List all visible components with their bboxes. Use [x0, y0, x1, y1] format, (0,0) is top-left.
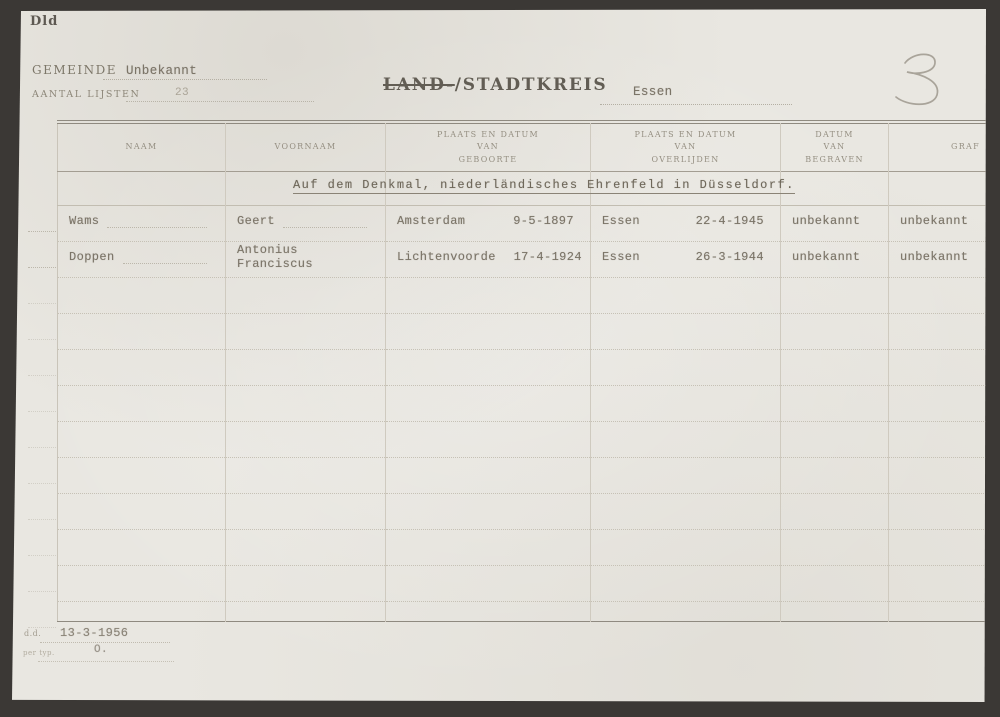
col-overlijden: PLAATS EN DATUM VAN OVERLIJDEN [591, 124, 781, 172]
empty-cell [386, 278, 591, 314]
graf-value: unbekannt [900, 250, 968, 264]
graf-value: unbekannt [900, 214, 968, 228]
empty-cell [58, 566, 226, 602]
empty-cell [58, 314, 226, 350]
table-row-doppen: Doppen Antonius Franciscus Lichtenvoorde… [58, 242, 987, 278]
empty-cell [889, 422, 987, 458]
margin-tick [28, 411, 56, 412]
footer-date-label: d.d. [24, 629, 41, 638]
col-graf: GRAF [889, 124, 987, 172]
empty-cell [889, 494, 987, 530]
grave-register-table: NAAM VOORNAAM PLAATS EN DATUM VAN GEBOOR… [57, 123, 986, 622]
empty-cell [781, 422, 889, 458]
empty-cell [889, 602, 987, 622]
table-body: Wams Geert Amsterdam9-5-1897 Essen22-4-1… [58, 206, 987, 622]
table-row-empty [58, 314, 987, 350]
empty-cell [386, 494, 591, 530]
empty-cell [58, 458, 226, 494]
aantal-lijsten-label: AANTAL LIJSTEN [32, 89, 140, 100]
table-row-empty [58, 350, 987, 386]
empty-cell [591, 422, 781, 458]
empty-cell [889, 350, 987, 386]
dotted-fill [123, 250, 207, 264]
empty-cell [591, 566, 781, 602]
footer-date-value: 13-3-1956 [60, 626, 128, 640]
header-row: NAAM VOORNAAM PLAATS EN DATUM VAN GEBOOR… [58, 124, 987, 172]
aantal-lijsten-underline [126, 84, 314, 102]
empty-cell [386, 458, 591, 494]
table-row-empty [58, 494, 987, 530]
empty-cell [58, 602, 226, 622]
scanned-document: Dld GEMEINDE Unbekannt AANTAL LIJSTEN 23… [0, 0, 1000, 717]
empty-cell [781, 350, 889, 386]
dotted-fill [107, 214, 207, 228]
geboorte-plaats: Amsterdam [397, 214, 465, 228]
empty-cell [781, 458, 889, 494]
empty-cell [226, 278, 386, 314]
empty-cell [386, 314, 591, 350]
empty-cell [386, 350, 591, 386]
overlijden-datum: 26-3-1944 [696, 250, 764, 264]
table-row-wams: Wams Geert Amsterdam9-5-1897 Essen22-4-1… [58, 206, 987, 242]
col-begraven: DATUM VAN BEGRAVEN [781, 124, 889, 172]
empty-cell [58, 278, 226, 314]
voornaam-cell: Geert [226, 206, 386, 242]
col-naam: NAAM [58, 124, 226, 172]
begraven-cell: unbekannt [781, 206, 889, 242]
naam-cell: Doppen [58, 242, 226, 278]
gemeinde-value: Unbekannt [126, 64, 197, 78]
aantal-lijsten-value: 23 [175, 87, 189, 99]
empty-cell [781, 566, 889, 602]
geboorte-cell: Amsterdam9-5-1897 [386, 206, 591, 242]
overlijden-plaats: Essen [602, 250, 640, 264]
empty-cell [591, 386, 781, 422]
begraven-datum: unbekannt [792, 250, 860, 264]
empty-cell [889, 314, 987, 350]
empty-cell [386, 566, 591, 602]
empty-cell [591, 494, 781, 530]
empty-cell [781, 386, 889, 422]
graf-cell: unbekannt [889, 242, 987, 278]
margin-tick [28, 483, 56, 484]
geboorte-datum: 9-5-1897 [513, 214, 574, 228]
margin-tick [28, 447, 56, 448]
margin-tick [28, 231, 56, 232]
empty-cell [781, 494, 889, 530]
empty-cell [226, 422, 386, 458]
empty-cell [591, 530, 781, 566]
empty-cell [781, 530, 889, 566]
empty-cell [226, 566, 386, 602]
table-row-empty [58, 386, 987, 422]
table-row-empty [58, 530, 987, 566]
empty-cell [591, 314, 781, 350]
col-voornaam: VOORNAAM [226, 124, 386, 172]
overlijden-datum: 22-4-1945 [696, 214, 764, 228]
geboorte-plaats: Lichtenvoorde [397, 250, 496, 264]
kreis-title-struck: LAND- [383, 75, 455, 95]
table-row-empty [58, 602, 987, 622]
empty-cell [591, 350, 781, 386]
empty-cell [226, 602, 386, 622]
margin-tick [28, 267, 56, 268]
geboorte-datum: 17-4-1924 [514, 250, 582, 264]
margin-tick [28, 339, 56, 340]
dotted-fill [283, 214, 367, 228]
graf-cell: unbekannt [889, 206, 987, 242]
country-code-mark: Dld [30, 14, 58, 29]
empty-cell [781, 602, 889, 622]
voornaam-value: Antonius Franciscus [237, 243, 369, 271]
empty-cell [781, 314, 889, 350]
empty-cell [591, 278, 781, 314]
handwritten-mark-3 [890, 43, 950, 111]
empty-cell [889, 566, 987, 602]
empty-cell [58, 350, 226, 386]
voornaam-cell: Antonius Franciscus [226, 242, 386, 278]
table-row-empty [58, 422, 987, 458]
begraven-cell: unbekannt [781, 242, 889, 278]
kreis-underline [600, 87, 792, 105]
begraven-datum: unbekannt [792, 214, 860, 228]
empty-cell [781, 278, 889, 314]
section-note: Auf dem Denkmal, niederländisches Ehrenf… [293, 178, 795, 194]
table-row-empty [58, 566, 987, 602]
margin-tick [28, 519, 56, 520]
empty-cell [226, 350, 386, 386]
empty-cell [58, 494, 226, 530]
empty-cell [226, 386, 386, 422]
empty-cell [889, 386, 987, 422]
empty-cell [226, 458, 386, 494]
kreis-title-rest: /STADTKREIS [455, 75, 608, 95]
margin-tick [28, 375, 56, 376]
empty-cell [226, 314, 386, 350]
geboorte-cell: Lichtenvoorde17-4-1924 [386, 242, 591, 278]
empty-cell [386, 530, 591, 566]
empty-cell [889, 458, 987, 494]
col-geboorte: PLAATS EN DATUM VAN GEBOORTE [386, 124, 591, 172]
margin-tick [28, 555, 56, 556]
empty-cell [591, 458, 781, 494]
kreis-title: LAND-/STADTKREIS [383, 75, 607, 95]
empty-cell [386, 422, 591, 458]
overlijden-cell: Essen26-3-1944 [591, 242, 781, 278]
table-row-empty [58, 278, 987, 314]
empty-cell [591, 602, 781, 622]
voornaam-value: Geert [237, 214, 275, 228]
grave-register-table-wrap: Auf dem Denkmal, niederländisches Ehrenf… [57, 120, 986, 622]
overlijden-plaats: Essen [602, 214, 640, 228]
empty-cell [386, 386, 591, 422]
margin-tick [28, 591, 56, 592]
empty-cell [226, 530, 386, 566]
empty-cell [58, 422, 226, 458]
empty-cell [889, 530, 987, 566]
kreis-value: Essen [633, 85, 673, 99]
overlijden-cell: Essen22-4-1945 [591, 206, 781, 242]
table-row-empty [58, 458, 987, 494]
margin-tick [28, 303, 56, 304]
naam-value: Doppen [69, 250, 115, 264]
footer-typ-value: O. [94, 644, 108, 656]
document-page: Dld GEMEINDE Unbekannt AANTAL LIJSTEN 23… [12, 9, 986, 702]
naam-value: Wams [69, 214, 99, 228]
empty-cell [889, 278, 987, 314]
naam-cell: Wams [58, 206, 226, 242]
empty-cell [386, 602, 591, 622]
empty-cell [58, 386, 226, 422]
empty-cell [58, 530, 226, 566]
empty-cell [226, 494, 386, 530]
